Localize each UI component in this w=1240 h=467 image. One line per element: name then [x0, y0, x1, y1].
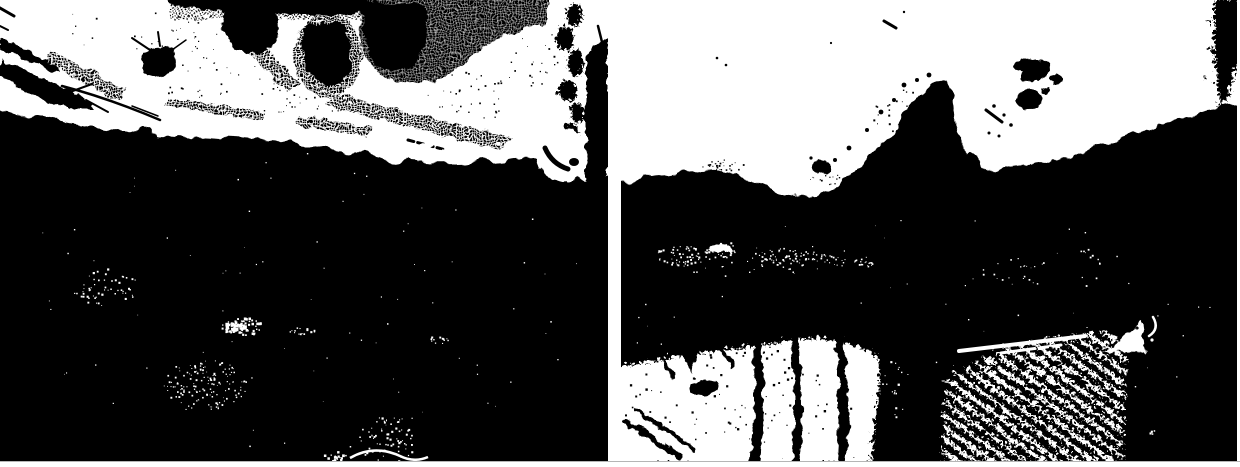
left-photo-white-pocket: [537, 128, 587, 182]
figure-two-binarized-photos: [0, 0, 1240, 467]
photo-bottom-edge: [0, 461, 1240, 462]
right-photo: [621, 0, 1237, 461]
left-photo-dark-mass: [0, 108, 608, 461]
left-photo: [0, 0, 608, 461]
